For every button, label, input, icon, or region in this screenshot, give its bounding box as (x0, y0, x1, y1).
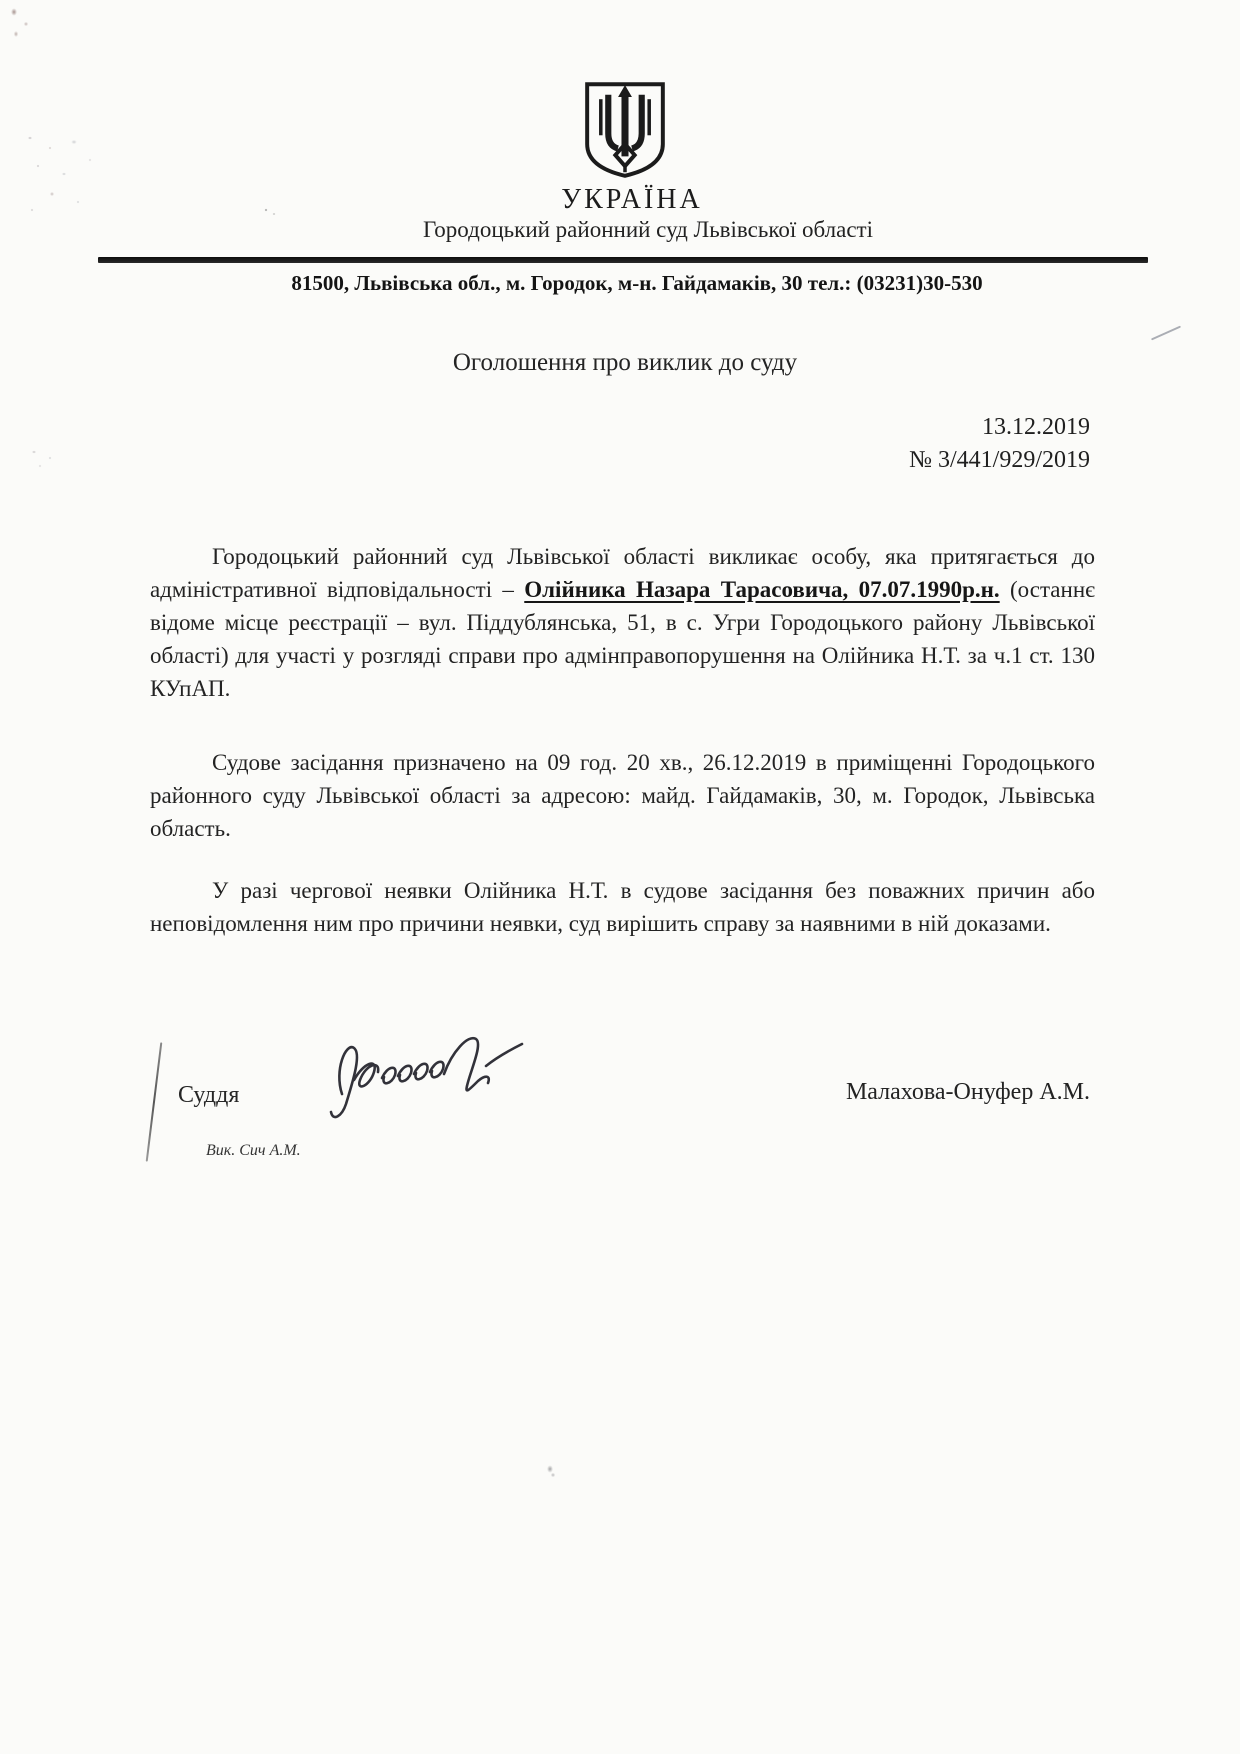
judge-name: Малахова-Онуфер А.М. (846, 1079, 1090, 1106)
document-date: 13.12.2019 (909, 411, 1090, 444)
paragraph-absence-warning: У разі чергової неявки Олійника Н.Т. в с… (150, 874, 1095, 940)
document-title: Оголошення про виклик до суду (10, 349, 1240, 377)
scan-mark-bottom (543, 1462, 559, 1480)
scanned-court-summons-page: УКРАЇНА Городоцький районний суд Львівсь… (0, 0, 1240, 1754)
court-name: Городоцький районний суд Львівської обла… (40, 217, 1240, 243)
defendant-name-emphasis: Олійника Назара Тарасовича, 07.07.1990р.… (524, 577, 999, 602)
judge-role-label: Суддя (178, 1082, 239, 1109)
document-meta: 13.12.2019 № 3/441/929/2019 (909, 411, 1090, 477)
coat-of-arms-icon (581, 80, 669, 180)
scan-smudge-left-mid (26, 444, 72, 472)
header-divider (98, 257, 1148, 263)
pen-stroke-mark (146, 1042, 163, 1161)
executor-note: Вик. Сич А.М. (206, 1142, 301, 1160)
court-address-line: 81500, Львівська обл., м. Городок, м-н. … (34, 271, 1240, 296)
country-name: УКРАЇНА (24, 184, 1240, 216)
paragraph-hearing-details: Судове засідання призначено на 09 год. 2… (150, 746, 1095, 845)
document-number: № 3/441/929/2019 (909, 444, 1090, 477)
scan-smudge-corner (6, 4, 40, 42)
paragraph-summons: Городоцький районний суд Львівської обла… (150, 540, 1095, 705)
scan-stray-stroke (1151, 326, 1181, 341)
document-body: Городоцький районний суд Львівської обла… (150, 540, 1095, 940)
handwritten-signature-icon (318, 1030, 533, 1130)
